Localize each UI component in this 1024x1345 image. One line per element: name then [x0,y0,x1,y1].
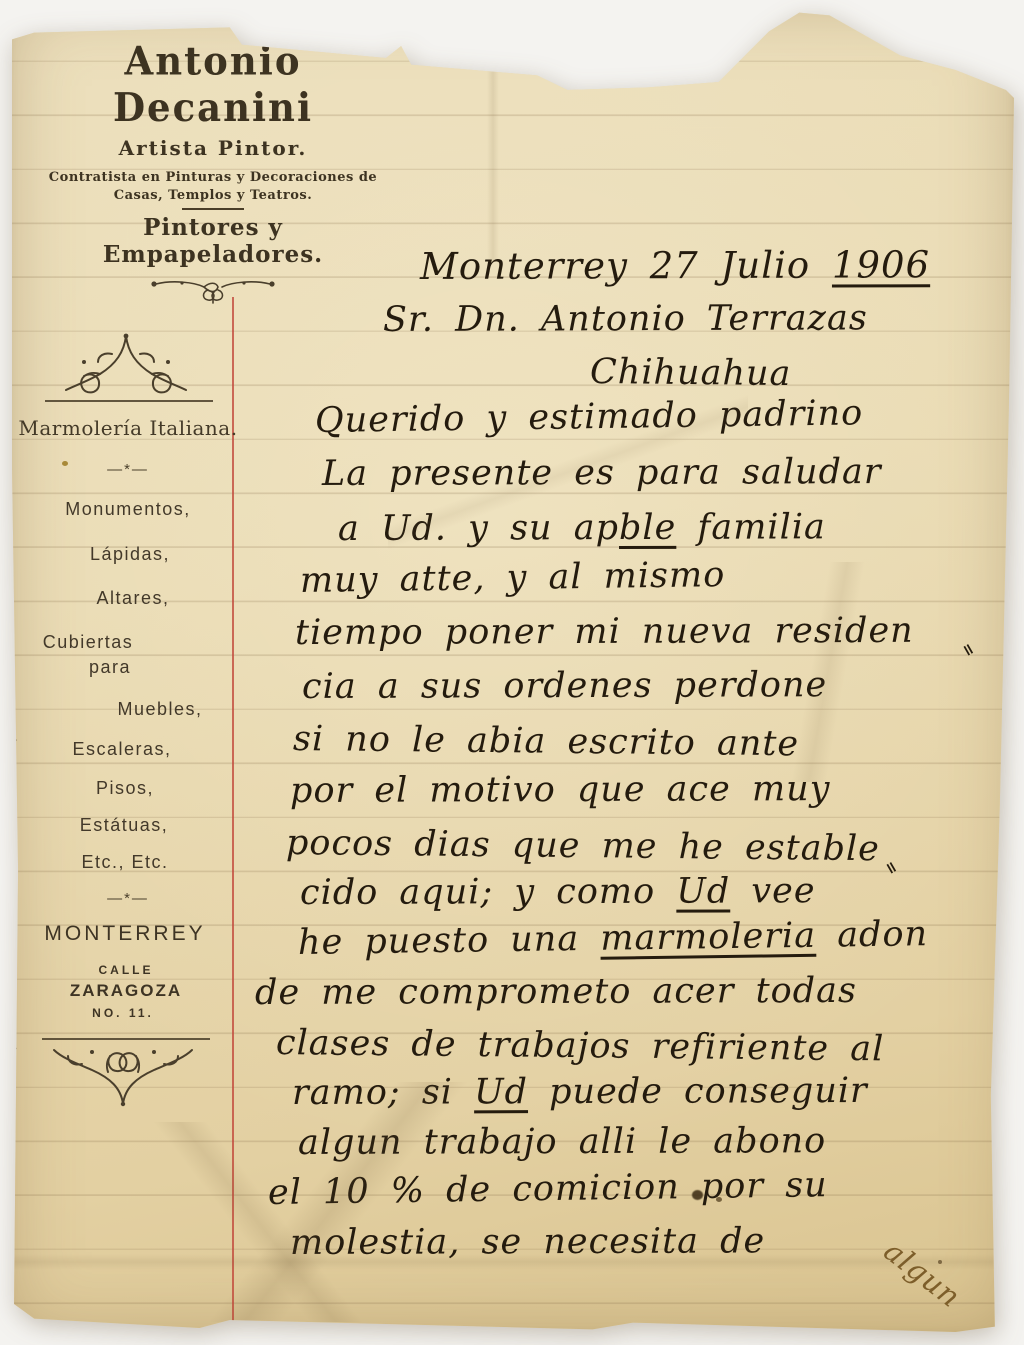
handwritten-text-underlined: ble [619,508,676,548]
handwritten-line: cia a sus ordenes perdone [302,665,827,707]
flourish-icon [60,332,192,398]
handwritten-line: algun trabajo alli le abono [298,1121,826,1163]
handwritten-line: por el motivo que ace muy [290,769,831,811]
red-margin-line [232,297,234,1329]
handwritten-text: a Ud. y su ap [338,508,619,549]
handwritten-text: Monterrey 27 Julio [420,244,832,288]
handwritten-line: de me comprometo acer todas [255,971,857,1013]
handwritten-text-underlined: Ud [474,1072,528,1112]
letterhead-subtitle-2: Casas, Templos y Teatros. [38,188,388,203]
handwritten-text-underlined: Ud [676,871,730,911]
letterhead-title: Artista Pintor. [38,136,388,160]
handwritten-line: a Ud. y su apble familia [338,507,826,549]
letter-page-shadow: Antonio Decanini Artista Pintor. Contrat… [8,2,1016,1336]
handwritten-text: puede conseguir [528,1071,868,1112]
handwritten-line: ramo; si Ud puede conseguir [292,1071,868,1113]
handwritten-line: Chihuahua [590,352,792,394]
letterhead-name: Antonio Decanini [38,38,388,130]
handwritten-line: tiempo poner mi nueva residen [295,611,914,653]
sidebar-item: Estátuas, [80,815,169,836]
handwritten-text: adon [816,914,929,956]
sidebar-item: para [89,657,131,678]
sidebar-item: Escaleras, [72,739,171,760]
sidebar-item: Lápidas, [90,544,170,565]
paper-stain [62,461,68,466]
sidebar-rule-bottom [42,1038,210,1040]
letterhead-tagline: Pintores y Empapeladores. [38,214,388,268]
handwritten-line: La presente es para saludar [322,452,882,494]
handwritten-text: he puesto una [298,919,601,963]
sidebar-street: ZARAGOZA [70,981,182,1001]
handwritten-text-underlined: marmoleria [600,916,816,959]
sidebar-item: Etc., Etc. [81,852,168,873]
sidebar-rule-top [45,400,213,402]
handwritten-line: Querido y estimado padrino [315,393,864,441]
sidebar-item: Muebles, [117,699,202,720]
handwritten-line: muy atte, y al mismo [300,555,726,601]
sidebar-item: Monumentos, [65,499,191,520]
handwritten-text: familia [676,507,826,548]
letterhead-subtitle-1: Contratista en Pinturas y Decoraciones d… [38,170,388,185]
paper-speck [11,1045,18,1051]
sidebar-item: Cubiertas [43,632,134,653]
flourish-icon [148,274,278,304]
paper-speck [938,1260,942,1264]
handwritten-text: cido aqui; y como [300,872,676,913]
sidebar-divider: —*— [107,890,149,907]
ink-blot [692,1190,703,1200]
handwritten-text: vee [730,871,815,911]
sidebar-item: Altares, [96,588,169,609]
handwritten-line: pocos dias que me he estable [286,823,880,869]
photo-background: Antonio Decanini Artista Pintor. Contrat… [0,0,1024,1345]
sidebar-city: MONTERREY [44,922,205,946]
sidebar-item: Pisos, [96,778,154,799]
letterhead-rule [182,208,244,210]
paper-speck [10,738,17,744]
sidebar-heading: Marmolería Italiana. [18,416,237,440]
sidebar-number: NO. 11. [92,1006,154,1020]
letter-page: Antonio Decanini Artista Pintor. Contrat… [8,2,1016,1336]
handwritten-line: el 10 % de comicion por su [268,1165,828,1213]
flourish-icon [48,1042,198,1108]
handwritten-line: Monterrey 27 Julio 1906 [420,243,930,288]
handwritten-text: ramo; si [292,1072,474,1113]
handwritten-text-underlined: 1906 [832,243,930,286]
handwritten-line: si no le abia escrito ante [293,719,800,764]
handwritten-line: Sr. Dn. Antonio Terrazas [383,298,868,340]
paper-speck [420,38,423,41]
ink-blot [716,1197,722,1202]
handwritten-line: cido aqui; y como Ud vee [300,871,816,913]
letterhead: Antonio Decanini Artista Pintor. Contrat… [38,40,388,304]
sidebar-divider: —*— [107,461,149,478]
handwritten-line: molestia, se necesita de [290,1221,765,1263]
handwritten-line: clases de trabajos refiriente al [276,1023,885,1069]
sidebar-street-label: CALLE [99,963,154,977]
